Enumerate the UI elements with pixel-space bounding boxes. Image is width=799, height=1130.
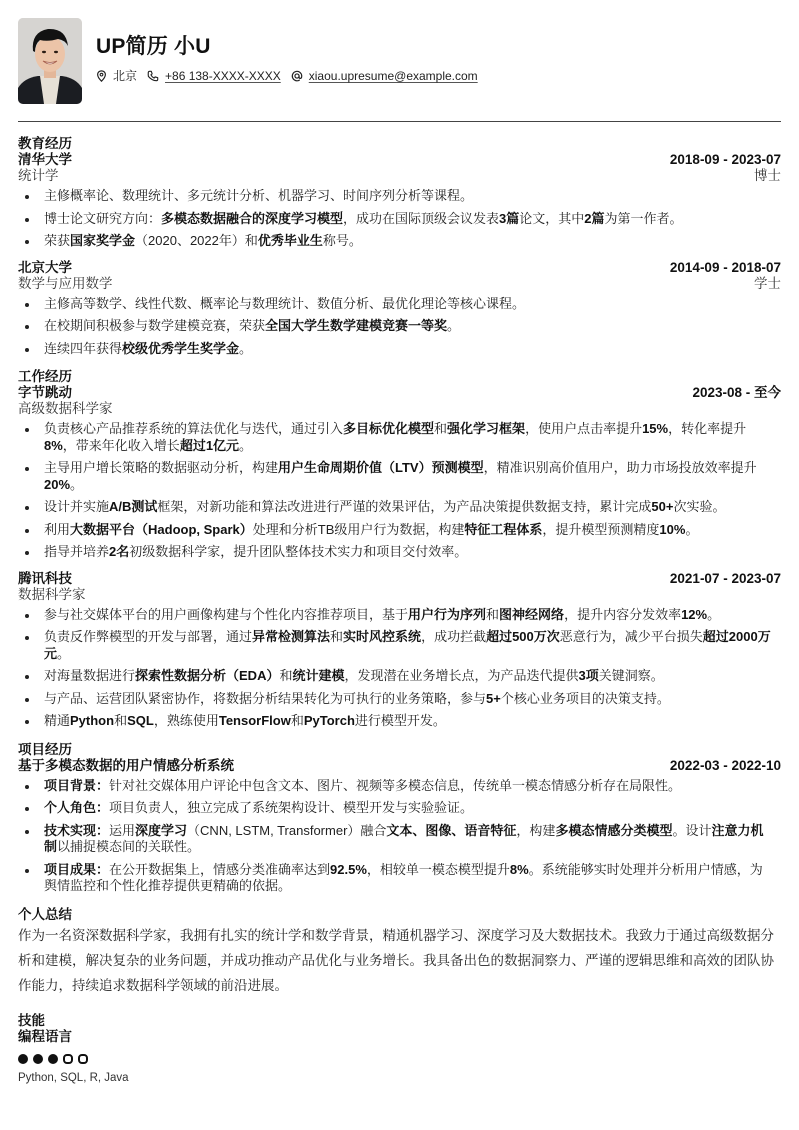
bullet-item: 主修概率论、数理统计、多元统计分析、机器学习、时间序列分析等课程。	[44, 188, 781, 205]
bold-text: Python	[70, 713, 114, 728]
bullet-item: 负责反作弊模型的开发与部署，通过异常检测算法和实时风控系统，成功拦截超过500万…	[44, 629, 781, 662]
text: ，成功拦截	[421, 629, 486, 644]
bold-text: 超过500万次	[486, 629, 560, 644]
filled-dot-icon	[48, 1054, 58, 1064]
text: ，精准识别高价值用户，助力市场投放效率提升	[484, 460, 757, 475]
bullet-item: 主修高等数学、线性代数、概率论与数理统计、数值分析、最优化理论等核心课程。	[44, 296, 781, 313]
entry-title: 基于多模态数据的用户情感分析系统	[18, 758, 234, 774]
bold-text: 15%	[642, 421, 668, 436]
bold-text: 8%	[44, 438, 63, 453]
skill-group-title: 编程语言	[18, 1029, 781, 1045]
text: 主修概率论、数理统计、多元统计分析、机器学习、时间序列分析等课程。	[44, 188, 473, 203]
header-divider	[18, 121, 781, 122]
text: 参与社交媒体平台的用户画像构建与个性化内容推荐项目，基于	[44, 607, 408, 622]
text: 为第一作者。	[605, 211, 683, 226]
bold-text: 项目成果：	[44, 862, 109, 877]
bold-text: 10%	[659, 522, 685, 537]
text: 。	[57, 646, 70, 661]
bullet-item: 负责核心产品推荐系统的算法优化与迭代，通过引入多目标优化模型和强化学习框架，使用…	[44, 421, 781, 454]
bold-text: 5+	[486, 691, 501, 706]
text: ，转化率提升	[668, 421, 746, 436]
entry-subtitle: 数据科学家	[18, 587, 781, 603]
empty-dot-icon	[63, 1054, 73, 1064]
bold-text: 个人角色：	[44, 800, 109, 815]
bold-text: 特征工程体系	[464, 522, 542, 537]
bold-text: 大数据平台（Hadoop, Spark）	[70, 522, 253, 537]
bullet-item: 个人角色：项目负责人，独立完成了系统架构设计、模型开发与实验验证。	[44, 800, 781, 817]
bold-text: 多模态数据融合的深度学习模型	[161, 211, 343, 226]
bold-text: PyTorch	[304, 713, 355, 728]
education-entry: 北京大学2014-09 - 2018-07数学与应用数学学士主修高等数学、线性代…	[18, 260, 781, 358]
entry-title: 腾讯科技	[18, 571, 72, 587]
text: 精通	[44, 713, 70, 728]
bullet-item: 参与社交媒体平台的用户画像构建与个性化内容推荐项目，基于用户行为序列和图神经网络…	[44, 607, 781, 624]
entry-subtitle: 统计学博士	[18, 168, 781, 184]
bullet-item: 在校期间积极参与数学建模竞赛，荣获全国大学生数学建模竞赛一等奖。	[44, 318, 781, 335]
entry-date: 2014-09 - 2018-07	[670, 260, 781, 276]
bold-text: 多目标优化模型	[343, 421, 434, 436]
bullet-item: 对海量数据进行探索性数据分析（EDA）和统计建模，发现潜在业务增长点，为产品迭代…	[44, 668, 781, 685]
text: 在公开数据集上，情感分类准确率达到	[109, 862, 330, 877]
skill-level-indicator	[18, 1054, 781, 1064]
text: 对海量数据进行	[44, 668, 135, 683]
bold-text: 2篇	[584, 211, 604, 226]
summary-section: 个人总结 作为一名资深数据科学家，我拥有扎实的统计学和数学背景，精通机器学习、深…	[18, 907, 781, 998]
bullet-item: 项目背景：针对社交媒体用户评论中包含文本、图片、视频等多模态信息，传统单一模态情…	[44, 778, 781, 795]
text: （2020、2022年）和	[135, 233, 258, 248]
bullet-list: 项目背景：针对社交媒体用户评论中包含文本、图片、视频等多模态信息，传统单一模态情…	[18, 778, 781, 895]
text: 指导并培养	[44, 544, 109, 559]
resume-header: UP简历 小U 北京 +86 138-XXXX-XXXX	[18, 18, 781, 104]
text: ，熟练使用	[154, 713, 219, 728]
text: 次实验。	[673, 499, 725, 514]
entry-subtitle-left: 数学与应用数学	[18, 276, 113, 292]
bold-text: 超过1亿元	[180, 438, 239, 453]
text: 连续四年获得	[44, 341, 122, 356]
bold-text: 全国大学生数学建模竞赛一等奖	[265, 318, 447, 333]
avatar-photo	[18, 18, 82, 104]
bold-text: 校级优秀学生奖学金	[122, 341, 239, 356]
text: ，使用户点击率提升	[525, 421, 642, 436]
bold-text: 强化学习框架	[447, 421, 525, 436]
bullet-list: 负责核心产品推荐系统的算法优化与迭代，通过引入多目标优化模型和强化学习框架，使用…	[18, 421, 781, 561]
work-entry: 字节跳动2023-08 - 至今高级数据科学家负责核心产品推荐系统的算法优化与迭…	[18, 385, 781, 561]
contact-location: 北京	[96, 68, 137, 84]
bullet-list: 参与社交媒体平台的用户画像构建与个性化内容推荐项目，基于用户行为序列和图神经网络…	[18, 607, 781, 730]
entry-date: 2023-08 - 至今	[692, 385, 781, 401]
entry-header: 清华大学2018-09 - 2023-07	[18, 152, 781, 168]
bold-text: 用户行为序列	[408, 607, 486, 622]
text: 利用	[44, 522, 70, 537]
bold-text: 8%	[510, 862, 529, 877]
bold-text: 优秀毕业生	[258, 233, 323, 248]
entry-subtitle-left: 数据科学家	[18, 587, 86, 603]
text: 。	[447, 318, 460, 333]
text: 。	[707, 607, 720, 622]
text: 负责核心产品推荐系统的算法优化与迭代，通过引入	[44, 421, 343, 436]
text: 。设计	[672, 823, 711, 838]
bold-text: 实时风控系统	[343, 629, 421, 644]
text: 进行模型开发。	[355, 713, 446, 728]
work-entry: 腾讯科技2021-07 - 2023-07数据科学家参与社交媒体平台的用户画像构…	[18, 571, 781, 730]
text: 和	[279, 668, 292, 683]
text: 主导用户增长策略的数据驱动分析，构建	[44, 460, 278, 475]
bold-text: 50+	[651, 499, 673, 514]
entry-subtitle: 高级数据科学家	[18, 401, 781, 417]
text: 和	[291, 713, 304, 728]
entry-subtitle-right: 学士	[754, 276, 781, 292]
text: （CNN, LSTM, Transformer）融合	[187, 823, 386, 838]
bold-text: 异常检测算法	[252, 629, 330, 644]
contact-phone[interactable]: +86 138-XXXX-XXXX	[147, 68, 281, 84]
entry-title: 字节跳动	[18, 385, 72, 401]
header-info: UP简历 小U 北京 +86 138-XXXX-XXXX	[96, 18, 488, 84]
filled-dot-icon	[33, 1054, 43, 1064]
text: 负责反作弊模型的开发与部署，通过	[44, 629, 252, 644]
text: 称号。	[323, 233, 362, 248]
text: 以捕捉模态间的关联性。	[57, 839, 200, 854]
section-title-work: 工作经历	[18, 369, 781, 385]
bold-text: 2名	[109, 544, 129, 559]
text: ，成功在国际顶级会议发表	[343, 211, 499, 226]
text: 设计并实施	[44, 499, 109, 514]
text: 博士论文研究方向：	[44, 211, 161, 226]
bullet-item: 主导用户增长策略的数据驱动分析，构建用户生命周期价值（LTV）预测模型，精准识别…	[44, 460, 781, 493]
bullet-item: 设计并实施A/B测试框架，对新功能和算法改进进行严谨的效果评估，为产品决策提供数…	[44, 499, 781, 516]
skill-items: Python, SQL, R, Java	[18, 1071, 781, 1085]
entry-subtitle-right: 博士	[754, 168, 781, 184]
bold-text: 文本、图像、语音特征	[386, 823, 516, 838]
text: ，发现潜在业务增长点，为产品迭代提供	[345, 668, 579, 683]
entry-date: 2018-09 - 2023-07	[670, 152, 781, 168]
text: 主修高等数学、线性代数、概率论与数理统计、数值分析、最优化理论等核心课程。	[44, 296, 525, 311]
bullet-item: 连续四年获得校级优秀学生奖学金。	[44, 341, 781, 358]
section-title-projects: 项目经历	[18, 742, 781, 758]
bullet-list: 主修高等数学、线性代数、概率论与数理统计、数值分析、最优化理论等核心课程。在校期…	[18, 296, 781, 358]
text: 个核心业务项目的决策支持。	[501, 691, 670, 706]
text: 论文，其中	[519, 211, 584, 226]
text: 和	[114, 713, 127, 728]
candidate-name: UP简历 小U	[96, 34, 488, 60]
bold-text: SQL	[127, 713, 154, 728]
text: 恶意行为，减少平台损失	[560, 629, 703, 644]
text: 和	[434, 421, 447, 436]
text: 和	[486, 607, 499, 622]
text: 初级数据科学家，提升团队整体技术实力和项目交付效率。	[129, 544, 467, 559]
text: ，提升内容分发效率	[564, 607, 681, 622]
bullet-item: 指导并培养2名初级数据科学家，提升团队整体技术实力和项目交付效率。	[44, 544, 781, 561]
entry-title: 清华大学	[18, 152, 72, 168]
empty-dot-icon	[78, 1054, 88, 1064]
filled-dot-icon	[18, 1054, 28, 1064]
bullet-item: 利用大数据平台（Hadoop, Spark）处理和分析TB级用户行为数据，构建特…	[44, 522, 781, 539]
at-sign-icon	[291, 70, 303, 82]
bullet-item: 技术实现：运用深度学习（CNN, LSTM, Transformer）融合文本、…	[44, 823, 781, 856]
text: 框架，对新功能和算法改进进行严谨的效果评估，为产品决策提供数据支持，累计完成	[157, 499, 651, 514]
entry-title: 北京大学	[18, 260, 72, 276]
email-link[interactable]: xiaou.upresume@example.com	[309, 68, 478, 84]
section-title-skills: 技能	[18, 1013, 781, 1029]
resume-page: UP简历 小U 北京 +86 138-XXXX-XXXX	[18, 18, 781, 1085]
bold-text: 深度学习	[135, 823, 187, 838]
text: 运用	[109, 823, 135, 838]
text: 项目负责人，独立完成了系统架构设计、模型开发与实验验证。	[109, 800, 473, 815]
summary-text: 作为一名资深数据科学家，我拥有扎实的统计学和数学背景，精通机器学习、深度学习及大…	[18, 923, 781, 998]
education-entry: 清华大学2018-09 - 2023-07统计学博士主修概率论、数理统计、多元统…	[18, 152, 781, 250]
text: 针对社交媒体用户评论中包含文本、图片、视频等多模态信息，传统单一模态情感分析存在…	[109, 778, 681, 793]
bullet-item: 荣获国家奖学金（2020、2022年）和优秀毕业生称号。	[44, 233, 781, 250]
text: ，构建	[516, 823, 555, 838]
bold-text: 技术实现：	[44, 823, 109, 838]
entry-subtitle-left: 高级数据科学家	[18, 401, 113, 417]
bold-text: 用户生命周期价值（LTV）预测模型	[278, 460, 484, 475]
text: ，提升模型预测精度	[542, 522, 659, 537]
entry-header: 腾讯科技2021-07 - 2023-07	[18, 571, 781, 587]
text: ，相较单一模态模型提升	[367, 862, 510, 877]
bold-text: 项目背景：	[44, 778, 109, 793]
bold-text: 统计建模	[292, 668, 344, 683]
phone-icon	[147, 70, 159, 82]
location-text: 北京	[113, 68, 137, 84]
entry-subtitle: 数学与应用数学学士	[18, 276, 781, 292]
bullet-item: 与产品、运营团队紧密协作，将数据分析结果转化为可执行的业务策略，参与5+个核心业…	[44, 691, 781, 708]
bullet-item: 精通Python和SQL，熟练使用TensorFlow和PyTorch进行模型开…	[44, 713, 781, 730]
entry-header: 北京大学2014-09 - 2018-07	[18, 260, 781, 276]
contact-email[interactable]: xiaou.upresume@example.com	[291, 68, 478, 84]
bullet-item: 博士论文研究方向：多模态数据融合的深度学习模型，成功在国际顶级会议发表3篇论文，…	[44, 211, 781, 228]
text: 处理和分析TB级用户行为数据，构建	[253, 522, 465, 537]
bold-text: 3项	[579, 668, 599, 683]
bold-text: 3篇	[499, 211, 519, 226]
entry-header: 字节跳动2023-08 - 至今	[18, 385, 781, 401]
bold-text: 多模态情感分类模型	[555, 823, 672, 838]
phone-link[interactable]: +86 138-XXXX-XXXX	[165, 68, 281, 84]
entry-date: 2021-07 - 2023-07	[670, 571, 781, 587]
text: 和	[330, 629, 343, 644]
bullet-list: 主修概率论、数理统计、多元统计分析、机器学习、时间序列分析等课程。博士论文研究方…	[18, 188, 781, 250]
entry-date: 2022-03 - 2022-10	[670, 758, 781, 774]
education-section: 教育经历 清华大学2018-09 - 2023-07统计学博士主修概率论、数理统…	[18, 136, 781, 357]
bold-text: 12%	[681, 607, 707, 622]
skill-group: 编程语言Python, SQL, R, Java	[18, 1029, 781, 1085]
skills-section: 技能 编程语言Python, SQL, R, Java	[18, 1013, 781, 1085]
work-section: 工作经历 字节跳动2023-08 - 至今高级数据科学家负责核心产品推荐系统的算…	[18, 369, 781, 730]
projects-section: 项目经历 基于多模态数据的用户情感分析系统2022-03 - 2022-10项目…	[18, 742, 781, 895]
text: ，带来年化收入增长	[63, 438, 180, 453]
bullet-item: 项目成果：在公开数据集上，情感分类准确率达到92.5%，相较单一模态模型提升8%…	[44, 862, 781, 895]
bold-text: 国家奖学金	[70, 233, 135, 248]
bold-text: 92.5%	[330, 862, 367, 877]
bold-text: 图神经网络	[499, 607, 564, 622]
map-pin-icon	[96, 70, 107, 82]
bold-text: TensorFlow	[219, 713, 291, 728]
text: 。	[70, 477, 83, 492]
section-title-education: 教育经历	[18, 136, 781, 152]
bold-text: 探索性数据分析（EDA）	[135, 668, 279, 683]
entry-header: 基于多模态数据的用户情感分析系统2022-03 - 2022-10	[18, 758, 781, 774]
section-title-summary: 个人总结	[18, 907, 781, 923]
text: 。	[239, 341, 252, 356]
text: 与产品、运营团队紧密协作，将数据分析结果转化为可执行的业务策略，参与	[44, 691, 486, 706]
contact-row: 北京 +86 138-XXXX-XXXX xiaou.upresume@exam…	[96, 68, 488, 84]
entry-subtitle-left: 统计学	[18, 168, 59, 184]
project-entry: 基于多模态数据的用户情感分析系统2022-03 - 2022-10项目背景：针对…	[18, 758, 781, 895]
text: 荣获	[44, 233, 70, 248]
text: 。	[685, 522, 698, 537]
text: 在校期间积极参与数学建模竞赛，荣获	[44, 318, 265, 333]
bold-text: A/B测试	[109, 499, 157, 514]
text: 。	[239, 438, 252, 453]
bold-text: 20%	[44, 477, 70, 492]
text: 关键洞察。	[599, 668, 664, 683]
